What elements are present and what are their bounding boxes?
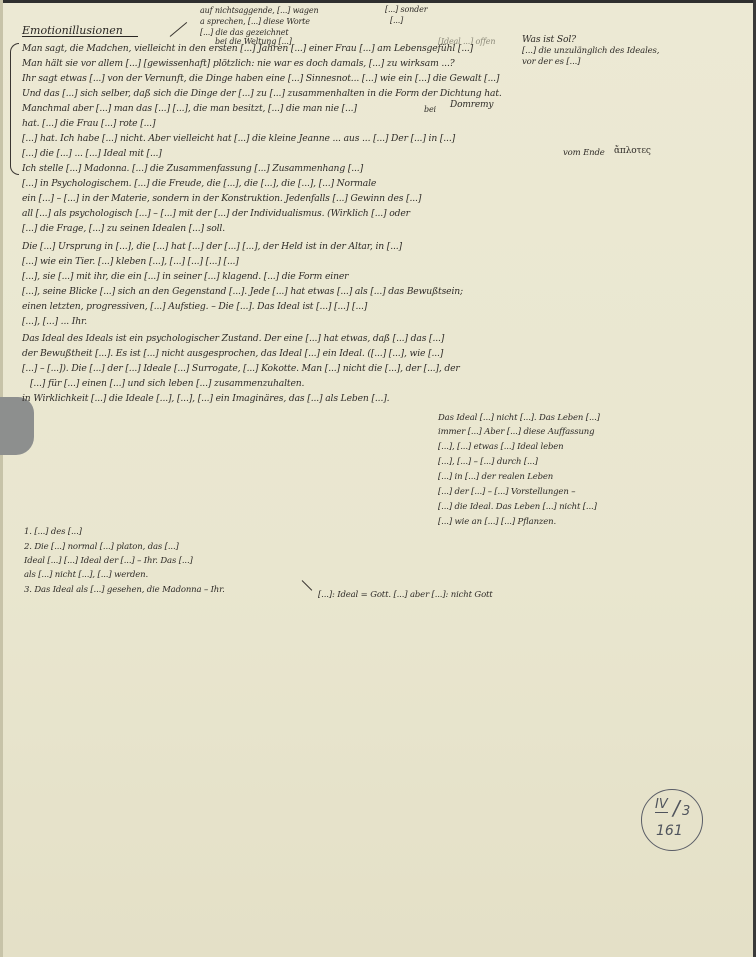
scan-top-edge	[0, 0, 756, 3]
text-line: [...] wie ein Tier. [...] kleben [...], …	[22, 256, 239, 267]
text-line: ein [...] – [...] in der Materie, sonder…	[22, 193, 421, 204]
right-column-line: [...], [...] etwas [...] Ideal leben	[438, 442, 564, 453]
text-line: [...], seine Blicke [...] sich an den Ge…	[22, 286, 463, 297]
stamp-slash: /	[673, 796, 680, 820]
inline-insert: vom Ende	[563, 148, 605, 159]
right-column-line: [...] der [...] – [...] Vorstellungen –	[438, 487, 575, 498]
marginal-note: [...]	[390, 15, 403, 26]
text-line: [...] in Psychologischem. [...] die Freu…	[22, 178, 376, 189]
stamp-page-number: 161	[656, 823, 683, 839]
text-line: Manchmal aber [...] man das [...] [...],…	[22, 103, 357, 114]
right-top-note: [...] die unzulänglich des Ideales,	[522, 46, 659, 57]
right-column-line: [...] die Ideal. Das Leben [...] nicht […	[438, 502, 597, 513]
paper-left-edge	[0, 0, 3, 957]
text-line: [...], [...] ... Ihr.	[22, 316, 87, 327]
text-line: all [...] als psychologisch [...] – [...…	[22, 208, 410, 219]
inline-insert-greek: ἄπλοτες	[614, 146, 651, 157]
paper-damage-patch	[0, 397, 34, 455]
text-line: Ihr sagt etwas [...] von der Vernunft, d…	[22, 73, 499, 84]
text-line: [...] die [...] ... [...] Ideal mit [...…	[22, 148, 162, 159]
inline-insert: bei	[424, 104, 436, 115]
heading-underline	[22, 36, 138, 37]
stamp-volume: IV	[655, 798, 668, 813]
text-line: Man hält sie vor allem [...] [gewissenha…	[22, 58, 455, 69]
text-line: [...] – [...]). Die [...] der [...] Idea…	[22, 363, 460, 374]
insertion-stroke	[170, 22, 187, 37]
list-item: als [...] nicht [...], [...] werden.	[24, 570, 148, 581]
text-line: [...] hat. Ich habe [...] nicht. Aber vi…	[22, 133, 455, 144]
connector-stroke	[302, 580, 313, 591]
right-top-note: Was ist Sol?	[522, 34, 576, 45]
text-line: Die [...] Ursprung in [...], die [...] h…	[22, 241, 402, 252]
text-line: [...], sie [...] mit ihr, die ein [...] …	[22, 271, 348, 282]
right-column-line: [...] wie an [...] [...] Pflanzen.	[438, 517, 556, 528]
right-column-line: [...], [...] – [...] durch [...]	[438, 457, 538, 468]
marginal-note: a sprechen, [...] diese Worte	[200, 16, 310, 27]
text-line: [...] die Frage, [...] zu seinen Idealen…	[22, 223, 225, 234]
text-line: hat. [...] die Frau [...] rote [...]	[22, 118, 155, 129]
text-line: in Wirklichkeit [...] die Ideale [...], …	[22, 393, 389, 404]
text-line: Das Ideal des Ideals ist ein psychologis…	[22, 333, 444, 344]
list-item: 1. [...] des [...]	[24, 527, 82, 538]
text-line: der Bewußtheit [...]. Es ist [...] nicht…	[22, 348, 443, 359]
side-note: [...]: Ideal = Gott. [...] aber [...]: n…	[318, 590, 493, 601]
marginal-note: [...] sonder	[385, 4, 427, 15]
text-line: Und das [...] sich selber, daß sich die …	[22, 88, 502, 99]
text-line: Man sagt, die Madchen, vielleicht in den…	[22, 43, 473, 54]
right-top-note: vor der es [...]	[522, 57, 580, 68]
list-item: Ideal [...] [...] Ideal der [...] – Ihr.…	[24, 556, 193, 567]
right-column-line: [...] in [...] der realen Leben	[438, 472, 553, 483]
list-item: 3. Das Ideal als [...] gesehen, die Mado…	[24, 585, 225, 596]
bracket-mark	[10, 43, 19, 175]
manuscript-page: Emotionillusionen auf nichtsaggende, [..…	[0, 0, 756, 957]
text-line: Ich stelle [...] Madonna. [...] die Zusa…	[22, 163, 363, 174]
right-column-line: immer [...] Aber [...] diese Auffassung	[438, 427, 594, 438]
archive-stamp: IV / 3 161	[641, 789, 703, 851]
text-line: [...] für [...] einen [...] und sich leb…	[30, 378, 304, 389]
stamp-folder: 3	[682, 804, 690, 819]
text-line: einen letzten, progressiven, [...] Aufst…	[22, 301, 367, 312]
marginal-note: auf nichtsaggende, [...] wagen	[200, 5, 318, 16]
inline-insert: Domremy	[450, 100, 493, 111]
list-item: 2. Die [...] normal [...] platon, das [.…	[24, 542, 179, 553]
right-column-line: Das Ideal [...] nicht [...]. Das Leben […	[438, 413, 600, 424]
